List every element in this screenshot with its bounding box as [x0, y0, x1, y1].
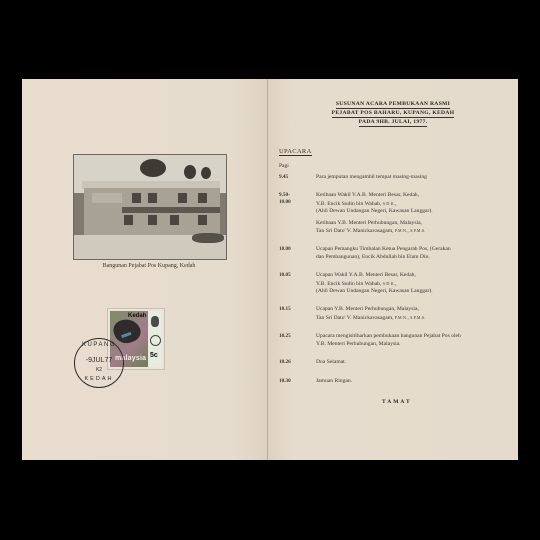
- entry-time: 10.15: [279, 306, 316, 326]
- entry-description: Doa Selamat.: [316, 359, 511, 370]
- schedule-list: 9.45Para jemputan mengambil tempat masin…: [279, 174, 511, 396]
- programme-title: SUSUNAN ACARA PEMBUKAAN RASMI PEJABAT PO…: [268, 92, 518, 119]
- entry-time: 10.25: [279, 333, 316, 352]
- schedule-entry: 10.05Ucapan Wakil Y.A.B. Menteri Besar, …: [279, 272, 511, 299]
- entry-description: Ucapan Pemangku Timbalan Ketua Pengarah …: [316, 246, 511, 265]
- entry-time: 9.50-10.00: [279, 192, 316, 239]
- end-mark: TAMAT: [382, 399, 412, 405]
- entry-time: 9.45: [279, 174, 316, 185]
- postmark-town: KUPANG: [81, 342, 117, 348]
- title-line: PADA 9HB. JULAI, 1977.: [359, 119, 428, 127]
- programme-booklet: Bangunan Pejabat Pos Kupang, Kedah Kedah…: [22, 79, 518, 460]
- schedule-entry: 9.45Para jemputan mengambil tempat masin…: [279, 174, 511, 185]
- entry-time: 10.05: [279, 272, 316, 299]
- entry-description: Ucapan Y.B. Menteri Perhubungan, Malaysi…: [316, 306, 511, 326]
- entry-description: Ucapan Wakil Y.A.B. Menteri Besar, Kedah…: [316, 272, 511, 299]
- entry-time: 10.30: [279, 378, 316, 389]
- right-page: SUSUNAN ACARA PEMBUKAAN RASMI PEJABAT PO…: [268, 79, 518, 460]
- emblem-icon: [150, 335, 161, 346]
- postmark-state: KEDAH: [78, 376, 120, 382]
- schedule-entry: 9.50-10.00Ketibaan Wakil Y.A.B. Menteri …: [279, 192, 511, 239]
- postmark-date: -9JUL77: [78, 357, 120, 364]
- schedule-entry: 10.26Doa Selamat.: [279, 359, 511, 370]
- photo-caption: Bangunan Pejabat Pos Kupang, Kedah: [52, 263, 246, 269]
- schedule-entry: 10.30Jamuan Ringan.: [279, 378, 511, 389]
- left-page: Bangunan Pejabat Pos Kupang, Kedah Kedah…: [22, 79, 268, 460]
- entry-description: Para jemputan mengambil tempat masing-ma…: [316, 174, 511, 185]
- post-office-building-photo: [73, 154, 227, 260]
- stamp-value: 5c: [150, 352, 158, 359]
- schedule-entry: 10.00Ucapan Pemangku Timbalan Ketua Peng…: [279, 246, 511, 265]
- entry-time: 10.26: [279, 359, 316, 370]
- schedule-entry: 10.25Upacara mengisitiharkan pembukaan b…: [279, 333, 511, 352]
- section-heading: UPACARA: [279, 148, 312, 156]
- sultan-portrait-icon: [151, 316, 159, 327]
- entry-description: Upacara mengisitiharkan pembukaan bangun…: [316, 333, 511, 352]
- stamp-state: Kedah: [128, 313, 146, 319]
- entry-description: Jamuan Ringan.: [316, 378, 511, 389]
- schedule-entry: 10.15Ucapan Y.B. Menteri Perhubungan, Ma…: [279, 306, 511, 326]
- postmark-code: K2: [78, 367, 120, 373]
- entry-time: 10.00: [279, 246, 316, 265]
- session-label: Pagi: [279, 163, 289, 169]
- postmark: KUPANG -9JUL77 K2 KEDAH: [74, 338, 124, 388]
- entry-description: Ketibaan Wakil Y.A.B. Menteri Besar, Ked…: [316, 192, 511, 239]
